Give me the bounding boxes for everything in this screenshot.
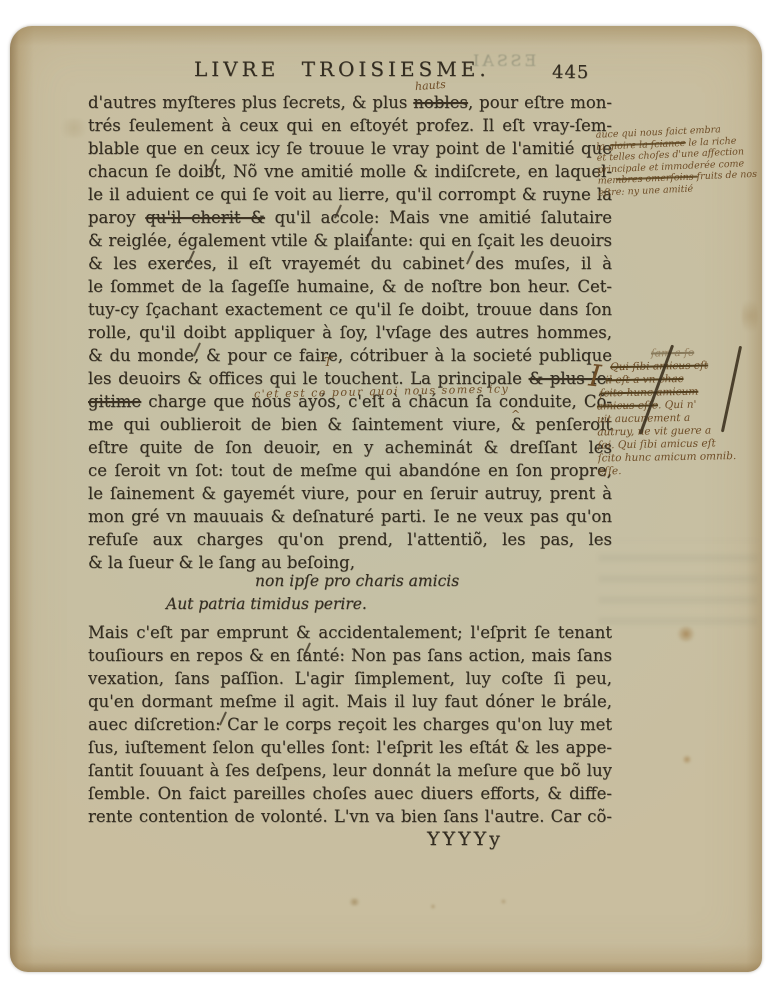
printed-text: qu'il accole: Mais vne amitié ſalutaire [265, 208, 612, 227]
margin-note-2: ſam a ſo Qui ſibi amicus eſt il eſt a vn… [596, 346, 768, 479]
page-number: 445 [552, 62, 589, 83]
printed-line: ſemble. On faict pareilles choſes auec d… [88, 782, 612, 805]
printed-line: tuy-cy ſçachant exactement ce qu'il ſe d… [88, 298, 612, 321]
printed-line: & reiglée, également vtile & plaiſante: … [88, 229, 612, 252]
printed-line: auec diſcretion: Car le corps reçoit les… [88, 713, 612, 736]
signature-mark: YYYYy [427, 828, 503, 850]
printed-text: le ſommet de la ſageſſe humaine, & de no… [88, 277, 612, 296]
printed-line: ſantit ſouuant à ſes deſpens, leur donná… [88, 759, 612, 782]
printed-line: touſiours en repos & en ſanté: Non pas ſ… [88, 644, 612, 667]
printed-line: mon gré vn mauuais & deſnaturé parti. Ie… [88, 505, 612, 528]
margin-text: . Qui n' [658, 399, 697, 412]
printed-line: blable que en ceux icy ſe trouue le vray… [88, 137, 612, 160]
ink-stain [348, 898, 361, 906]
ink-stain [682, 755, 692, 764]
printed-text: trés ſeulement à ceux qui en eſtoyét pro… [88, 116, 612, 135]
printed-line: & la ſueur & le ſang au beſoing, [88, 551, 612, 574]
interlinear-correction-hauts: hauts [415, 78, 447, 93]
printed-text: rolle, qu'il doibt appliquer à ſoy, l'vſ… [88, 323, 612, 342]
scan-background: ESSAI LIVRE TROISIESME. 445 d'autres myſ… [0, 0, 768, 985]
printed-line: vexation, ſans paſſion. L'agir ſimplemen… [88, 667, 612, 690]
printed-line: le il aduient ce qui ſe voit au lierre, … [88, 183, 612, 206]
printed-text: me qui oublieroit de bien & ſaintement v… [88, 415, 612, 434]
printed-line: & les exerces, il eſt vrayemét du cabine… [88, 252, 612, 275]
printed-text: ce ſeroit vn ſot: tout de meſme qui aban… [88, 461, 612, 480]
printed-line: qu'en dormant meſme il agit. Mais il luy… [88, 690, 612, 713]
printed-text: & du monde, & pour ce faire, cótribuer à… [88, 346, 612, 365]
printed-text: tuy-cy ſçachant exactement ce qu'il ſe d… [88, 300, 612, 319]
printed-line: paroy qu'il cherit & qu'il accole: Mais … [88, 206, 612, 229]
latin-quote-line: non ipſe pro charis amicis [255, 572, 459, 590]
printed-line: me qui oublieroit de bien & ſaintement v… [88, 413, 612, 436]
printed-line: refuſe aux charges qu'on prend, l'attent… [88, 528, 612, 551]
printed-text: blable que en ceux icy ſe trouue le vray… [88, 139, 612, 158]
printed-line: le ſommet de la ſageſſe humaine, & de no… [88, 275, 612, 298]
printed-line: eſtre quite de ſon deuoir, en y acheminá… [88, 436, 612, 459]
printed-text: , pour eſtre mon- [468, 93, 612, 112]
printed-text: & la ſueur & le ſang au beſoing, [88, 553, 355, 572]
printed-text: le ſainement & gayemét viure, pour en ſe… [88, 484, 612, 503]
printed-line: trés ſeulement à ceux qui en eſtoyét pro… [88, 114, 612, 137]
latin-quote-line: Aut patria timidus perire. [166, 595, 367, 613]
printed-text: & les exerces, il eſt vrayemét du cabine… [88, 254, 612, 275]
struck-word: nobles [413, 93, 468, 112]
printed-line: le ſainement & gayemét viure, pour en ſe… [88, 482, 612, 505]
printed-line: & du monde, & pour ce faire, cótribuer à… [88, 344, 612, 367]
ink-stain [430, 904, 436, 909]
printed-line: d'autres myſteres plus ſecrets, & plus n… [88, 91, 612, 114]
insertion-t-mark: T [324, 355, 332, 369]
printed-line: ſus, iuſtement ſelon qu'elles ſont: l'eſ… [88, 736, 612, 759]
printed-text: paroy [88, 208, 145, 227]
paragraph-2: Mais c'eſt par emprunt & accidentalement… [88, 621, 612, 828]
struck-phrase: qu'il cherit & [145, 208, 265, 227]
ink-stain [676, 626, 696, 642]
struck-word: gitime [88, 392, 141, 411]
printed-line: ce ſeroit vn ſot: tout de meſme qui aban… [88, 459, 612, 482]
margin-note-1: auce qui nous faict embra la gloire la ſ… [596, 122, 768, 199]
printed-text: eſtre quite de ſon deuoir, en y acheminá… [88, 438, 612, 459]
printed-text: chacun ſe doibt, Nõ vne amitié molle & i… [88, 162, 612, 181]
ink-stain [500, 899, 507, 904]
printed-line: chacun ſe doibt, Nõ vne amitié molle & i… [88, 160, 612, 183]
printed-text: le il aduient ce qui ſe voit au lierre, … [88, 185, 612, 204]
printed-text: mon gré vn mauuais & deſnaturé parti. Ie… [88, 507, 612, 526]
printed-line: rente contention de volonté. L'vn va bie… [88, 805, 612, 828]
ink-stain [742, 295, 758, 337]
showthrough-smudge [598, 540, 758, 625]
caret-mark: ^ [511, 408, 520, 421]
printed-text: refuſe aux charges qu'on prend, l'attent… [88, 530, 612, 551]
paragraph-1: d'autres myſteres plus ſecrets, & plus n… [88, 91, 612, 574]
printed-line: Mais c'eſt par emprunt & accidentalement… [88, 621, 612, 644]
printed-text: d'autres myſteres plus ſecrets, & plus [88, 93, 413, 112]
printed-text: & reiglée, également vtile & plaiſante: … [88, 231, 612, 250]
ink-stain [58, 118, 90, 138]
printed-line: rolle, qu'il doibt appliquer à ſoy, l'vſ… [88, 321, 612, 344]
